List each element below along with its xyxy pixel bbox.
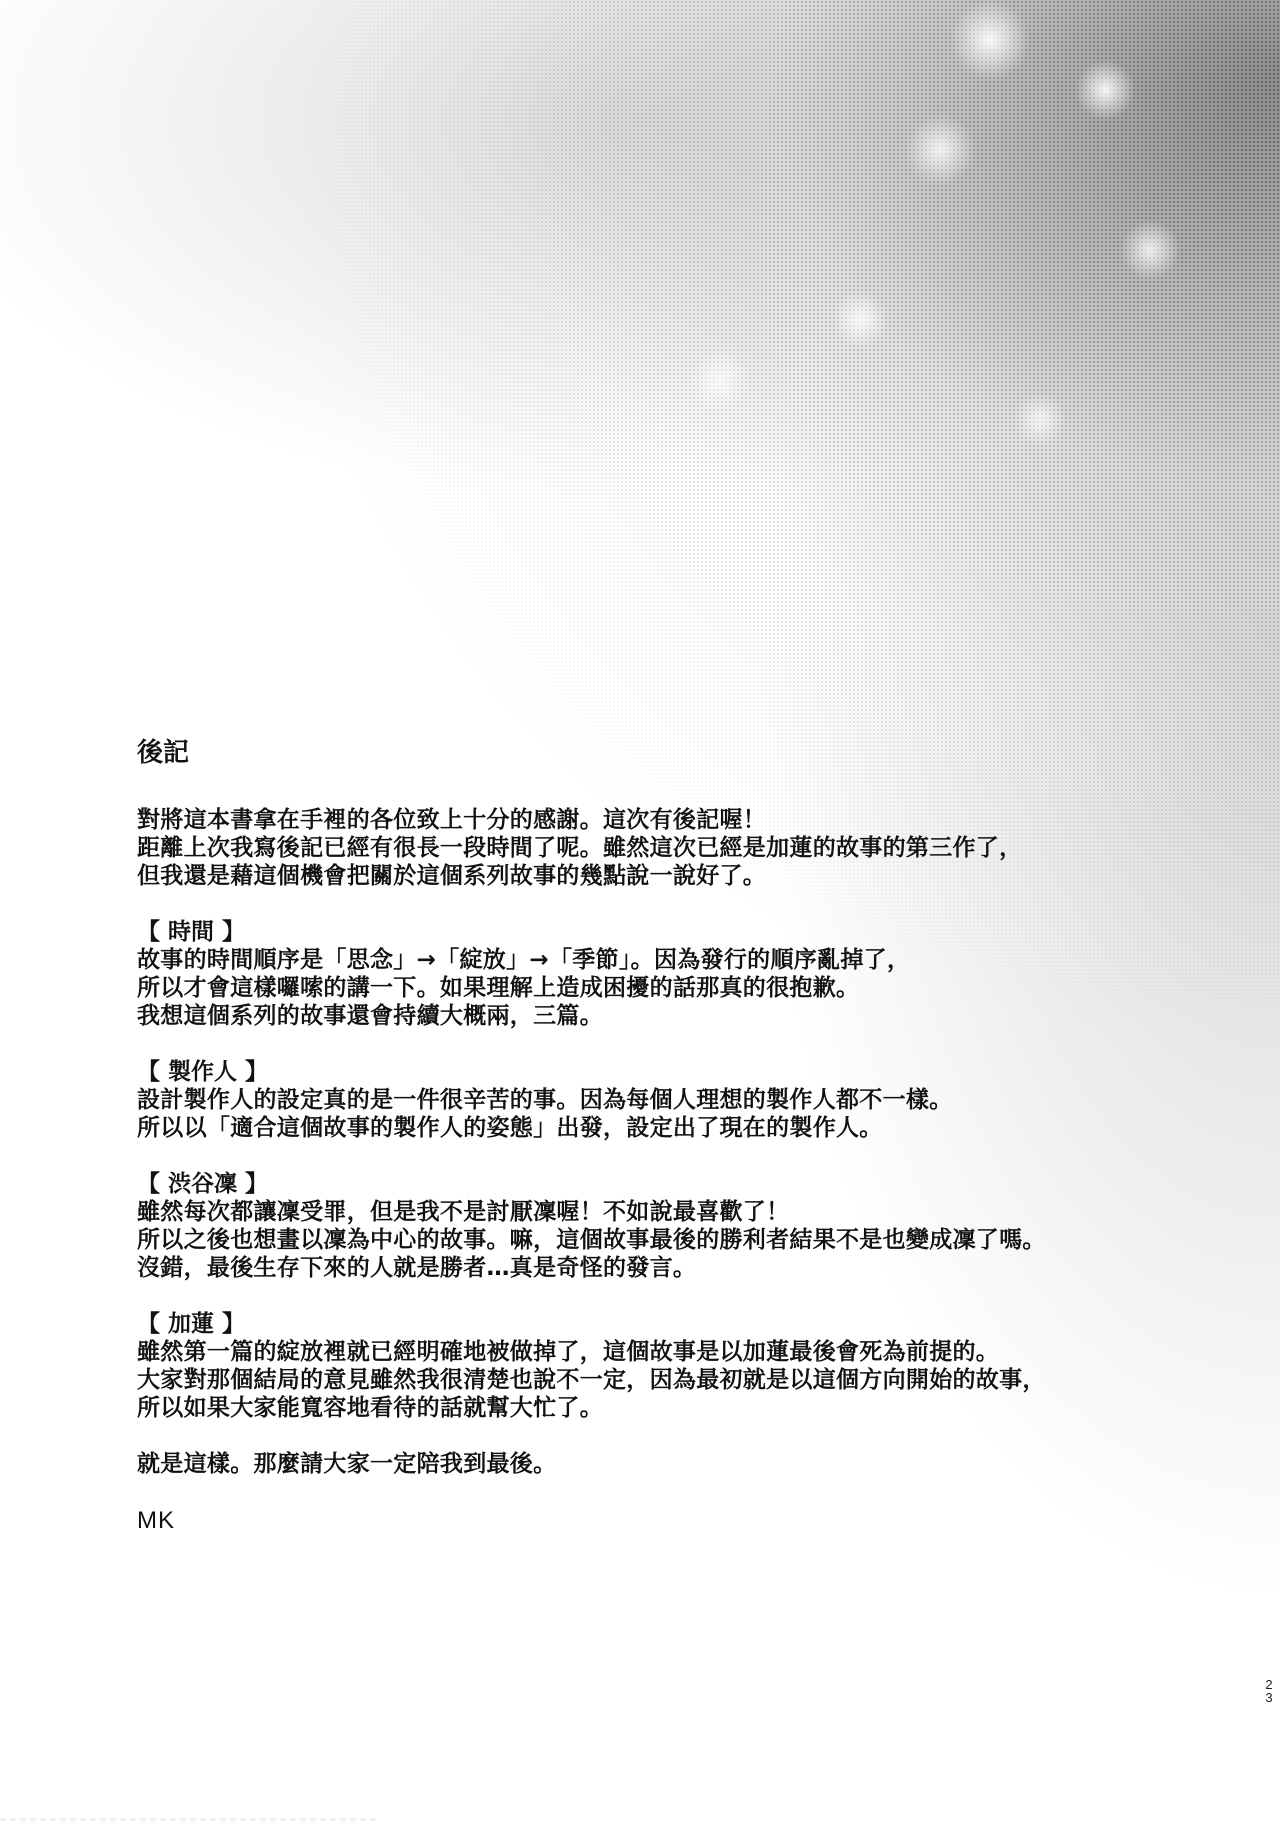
section-heading: 【 渋谷凜 】 [137,1170,1157,1198]
section-heading: 【 時間 】 [137,918,1157,946]
page-number-digit: 3 [1262,1691,1276,1704]
closing-paragraph: 就是這樣。那麼請大家一定陪我到最後。 [137,1450,1157,1478]
scan-edge-artifact [0,1818,380,1821]
section-line: 故事的時間順序是「思念」→「綻放」→「季節」。因為發行的順序亂掉了， [137,946,1157,974]
section-line: 所以以「適合這個故事的製作人的姿態」出發，設定出了現在的製作人。 [137,1114,1157,1142]
section-time: 【 時間 】 故事的時間順序是「思念」→「綻放」→「季節」。因為發行的順序亂掉了… [137,918,1157,1030]
afterword-document: 後記 對將這本書拿在手裡的各位致上十分的感謝。這次有後記喔！ 距離上次我寫後記已… [137,736,1157,1536]
intro-paragraph: 對將這本書拿在手裡的各位致上十分的感謝。這次有後記喔！ 距離上次我寫後記已經有很… [137,806,1157,890]
section-line: 雖然每次都讓凜受罪，但是我不是討厭凜喔！不如說最喜歡了！ [137,1198,1157,1226]
intro-line: 對將這本書拿在手裡的各位致上十分的感謝。這次有後記喔！ [137,806,1157,834]
section-line: 所以如果大家能寬容地看待的話就幫大忙了。 [137,1394,1157,1422]
section-line: 所以之後也想畫以凜為中心的故事。嘛，這個故事最後的勝利者結果不是也變成凜了嗎。 [137,1226,1157,1254]
section-line: 我想這個系列的故事還會持續大概兩，三篇。 [137,1002,1157,1030]
section-line: 設計製作人的設定真的是一件很辛苦的事。因為每個人理想的製作人都不一樣。 [137,1086,1157,1114]
page-number: 2 3 [1262,1678,1276,1704]
closing-line: 就是這樣。那麼請大家一定陪我到最後。 [137,1450,1157,1478]
section-line: 沒錯，最後生存下來的人就是勝者…真是奇怪的發言。 [137,1254,1157,1282]
section-line: 所以才會這樣囉嗦的講一下。如果理解上造成困擾的話那真的很抱歉。 [137,974,1157,1002]
section-karen: 【 加蓮 】 雖然第一篇的綻放裡就已經明確地被做掉了，這個故事是以加蓮最後會死為… [137,1310,1157,1422]
section-heading: 【 加蓮 】 [137,1310,1157,1338]
intro-line: 但我還是藉這個機會把關於這個系列故事的幾點說一說好了。 [137,862,1157,890]
section-shibuya-rin: 【 渋谷凜 】 雖然每次都讓凜受罪，但是我不是討厭凜喔！不如說最喜歡了！ 所以之… [137,1170,1157,1282]
page-title: 後記 [137,736,1157,770]
section-line: 大家對那個結局的意見雖然我很清楚也說不一定，因為最初就是以這個方向開始的故事， [137,1366,1157,1394]
section-heading: 【 製作人 】 [137,1058,1157,1086]
author-signature: MK [137,1506,1157,1536]
section-producer: 【 製作人 】 設計製作人的設定真的是一件很辛苦的事。因為每個人理想的製作人都不… [137,1058,1157,1142]
intro-line: 距離上次我寫後記已經有很長一段時間了呢。雖然這次已經是加蓮的故事的第三作了， [137,834,1157,862]
section-line: 雖然第一篇的綻放裡就已經明確地被做掉了，這個故事是以加蓮最後會死為前提的。 [137,1338,1157,1366]
